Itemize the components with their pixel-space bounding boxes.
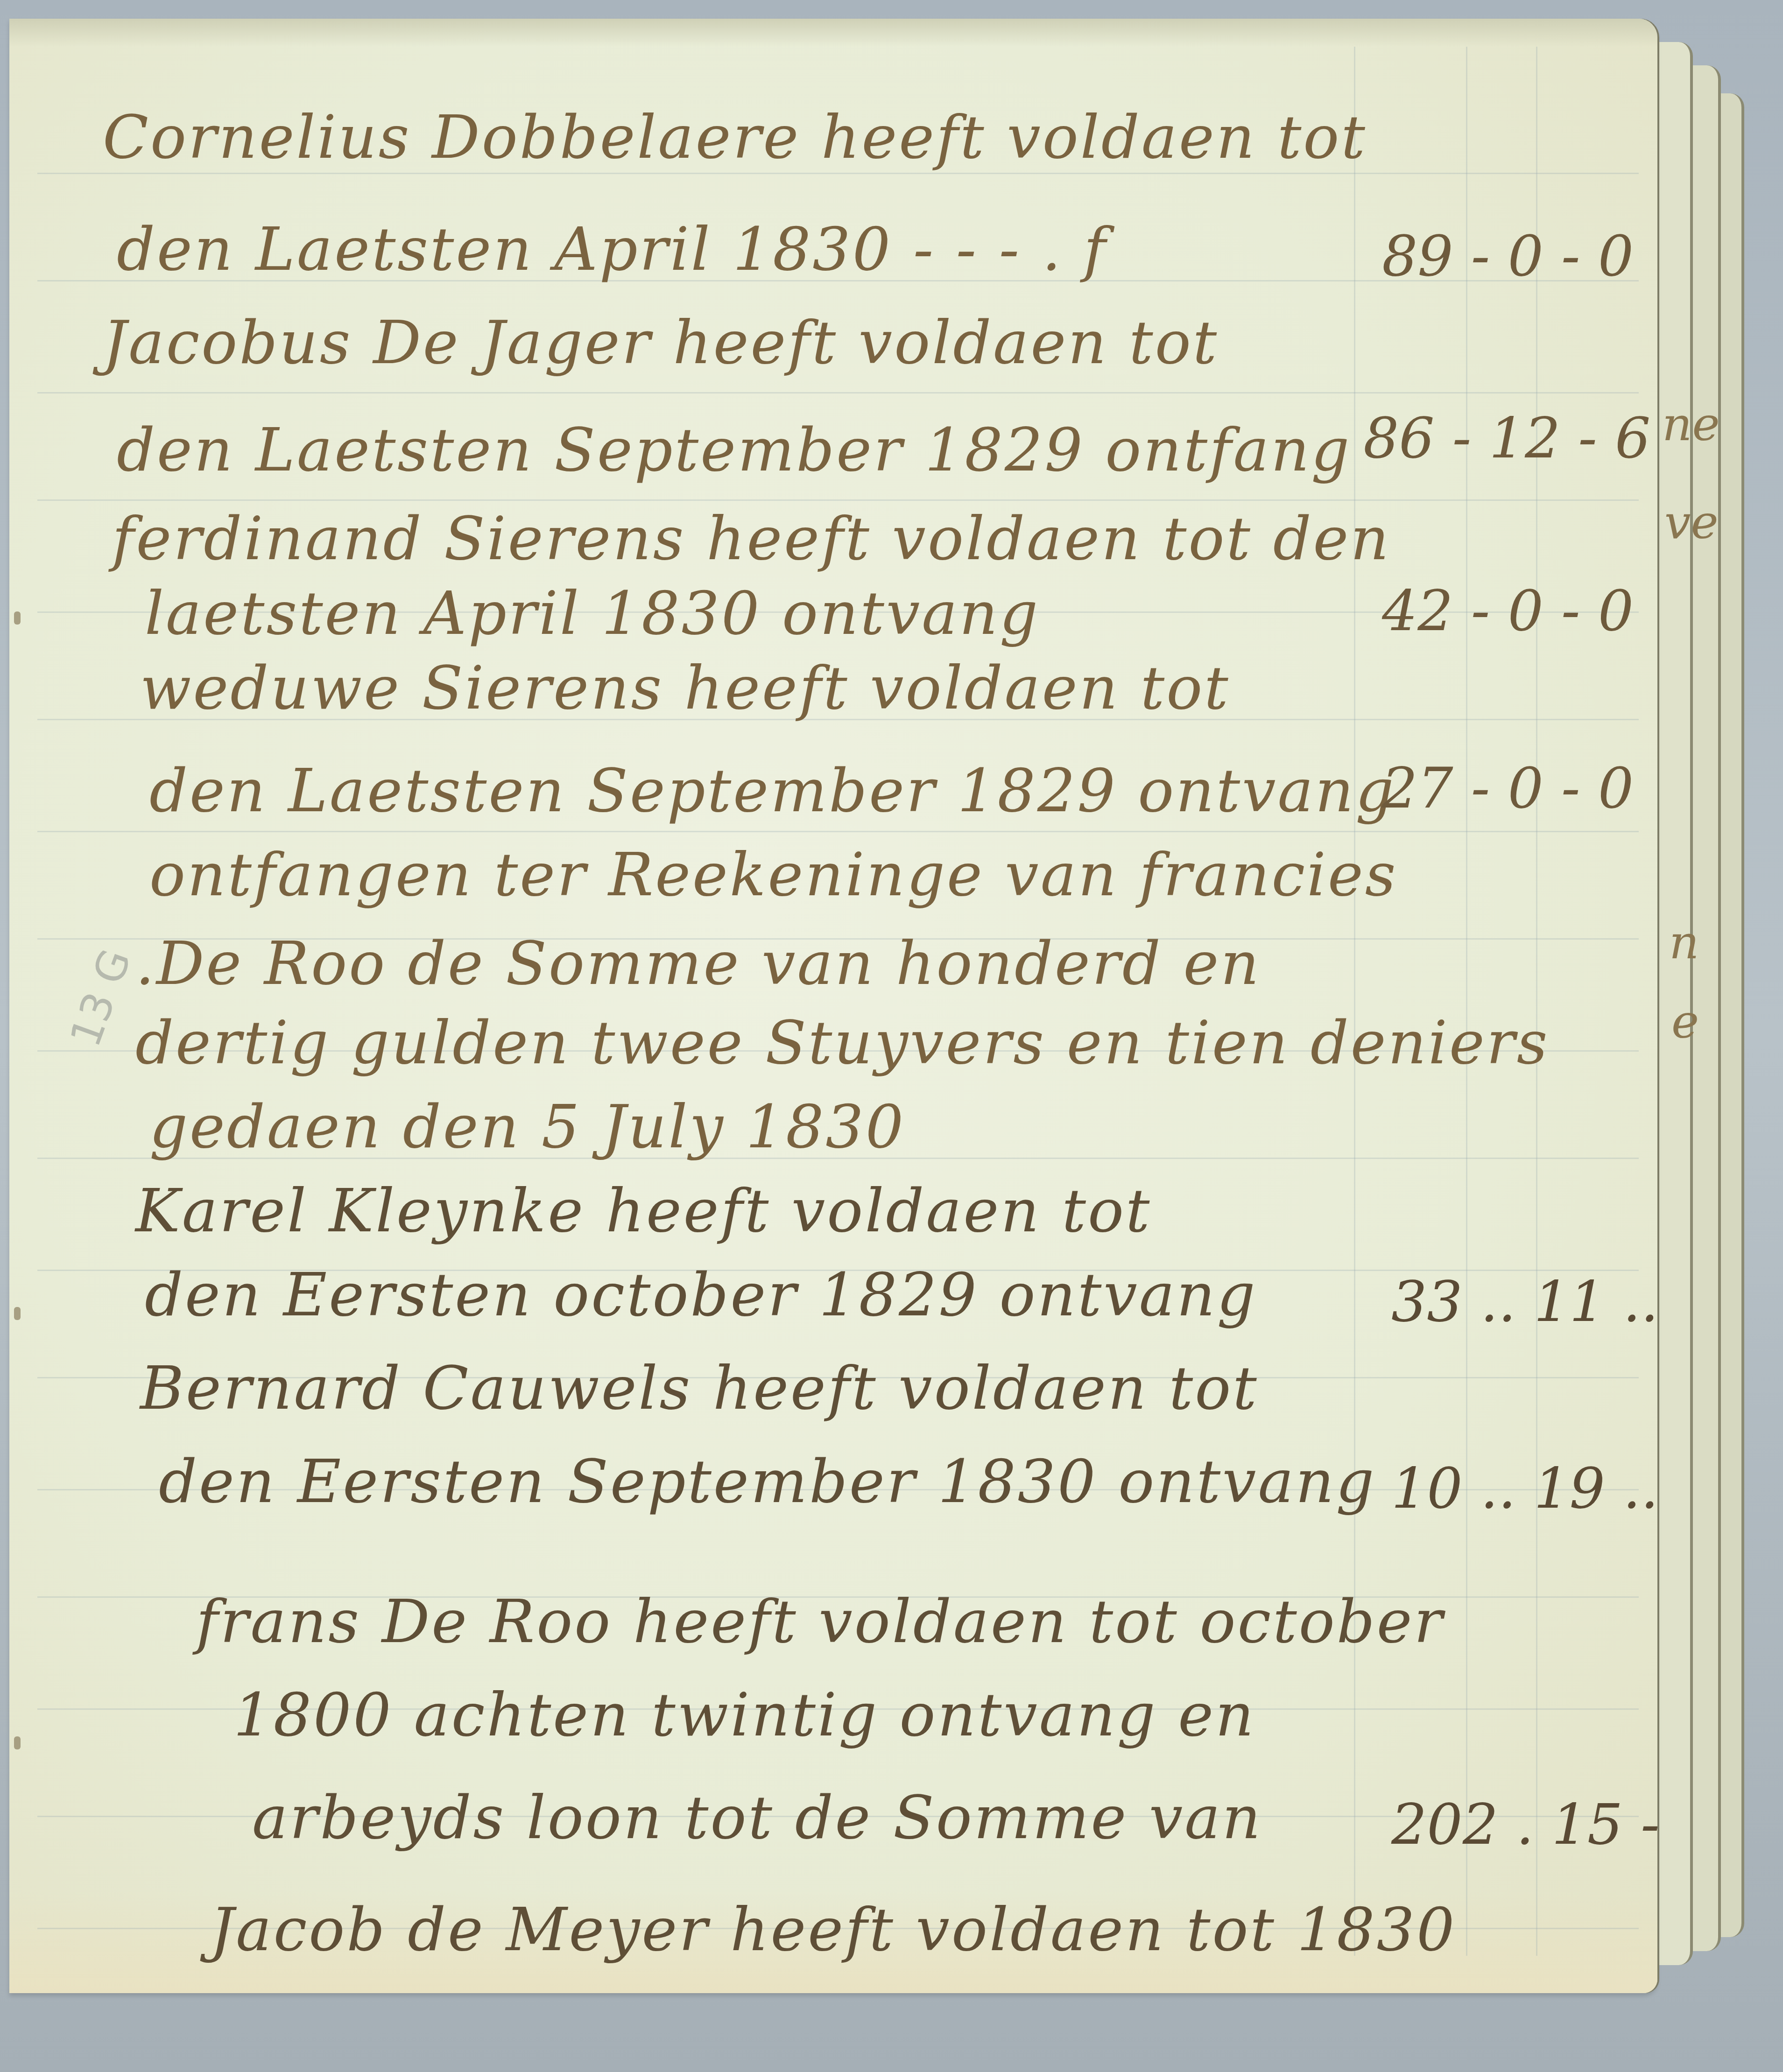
ledger-page: 13 G Cornelius Dobbelaere heeft voldaen … xyxy=(9,19,1657,1993)
entry-line: Bernard Cauwels heeft voldaen tot xyxy=(140,1354,1259,1423)
next-leaf-fragment: n xyxy=(1669,915,1699,969)
next-leaf-fragment: e xyxy=(1671,994,1699,1049)
entry-amount: 89 - 0 - 0 xyxy=(1382,224,1634,289)
margin-pencil-note: 13 G xyxy=(61,943,141,1053)
ruled-line xyxy=(37,831,1639,832)
entry-line: den Laetsten April 1830 - - - . f xyxy=(117,215,1107,284)
entry-amount: 86 - 12 - 6 xyxy=(1363,406,1650,471)
column-rule xyxy=(1354,47,1355,1956)
entry-line: Karel Kleynke heeft voldaen tot xyxy=(135,1176,1151,1246)
binding-stitch xyxy=(14,1736,21,1749)
entry-line: dertig gulden twee Stuyvers en tien deni… xyxy=(135,1008,1550,1078)
column-rule xyxy=(1466,47,1467,1956)
entry-amount: 27 - 0 - 0 xyxy=(1382,756,1634,821)
next-leaf-fragment: ve xyxy=(1664,495,1719,549)
binding-stitch xyxy=(14,611,21,625)
entry-amount: 42 - 0 - 0 xyxy=(1382,579,1634,644)
entry-amount: 202 . 15 - 5 xyxy=(1391,1792,1657,1857)
binding-stitch xyxy=(14,1307,21,1320)
entry-line: .De Roo de Somme van honderd en xyxy=(135,929,1261,998)
entry-amount: 10 .. 19 .. 0 .. xyxy=(1391,1456,1657,1521)
entry-line: frans De Roo heeft voldaen tot october xyxy=(196,1587,1445,1657)
entry-line: Jacob de Meyer heeft voldaen tot 1830 xyxy=(210,1895,1456,1965)
ruled-line xyxy=(37,173,1639,174)
entry-line: ontfangen ter Reekeninge van francies xyxy=(149,840,1397,910)
entry-line: den Eersten September 1830 ontvang xyxy=(159,1447,1376,1517)
entry-line: gedaen den 5 July 1830 xyxy=(149,1092,905,1162)
entry-line: weduwe Sierens heeft voldaen tot xyxy=(140,653,1230,723)
entry-line: ferdinand Sierens heeft voldaen tot den xyxy=(112,504,1391,574)
entry-line: den Eersten october 1829 ontvang xyxy=(145,1260,1257,1330)
entry-line: 1800 achten twintig ontvang en xyxy=(233,1680,1255,1750)
entry-line: laetsten April 1830 ontvang xyxy=(145,579,1040,648)
entry-line: Jacobus De Jager heeft voldaen tot xyxy=(103,308,1219,378)
entry-line: arbeyds loon tot de Somme van xyxy=(252,1783,1262,1853)
entry-line: den Laetsten September 1829 ontvang xyxy=(149,756,1395,826)
entry-line: den Laetsten September 1829 ontfang xyxy=(117,415,1351,485)
ruled-line xyxy=(37,499,1639,501)
column-rule xyxy=(1536,47,1537,1956)
ruled-line xyxy=(37,392,1639,393)
page-top-shadow xyxy=(9,19,1657,47)
entry-line: Cornelius Dobbelaere heeft voldaen tot xyxy=(103,103,1367,172)
next-leaf-fragment: ne xyxy=(1662,397,1720,451)
entry-amount: 33 .. 11 .. 3 .. xyxy=(1391,1270,1657,1335)
